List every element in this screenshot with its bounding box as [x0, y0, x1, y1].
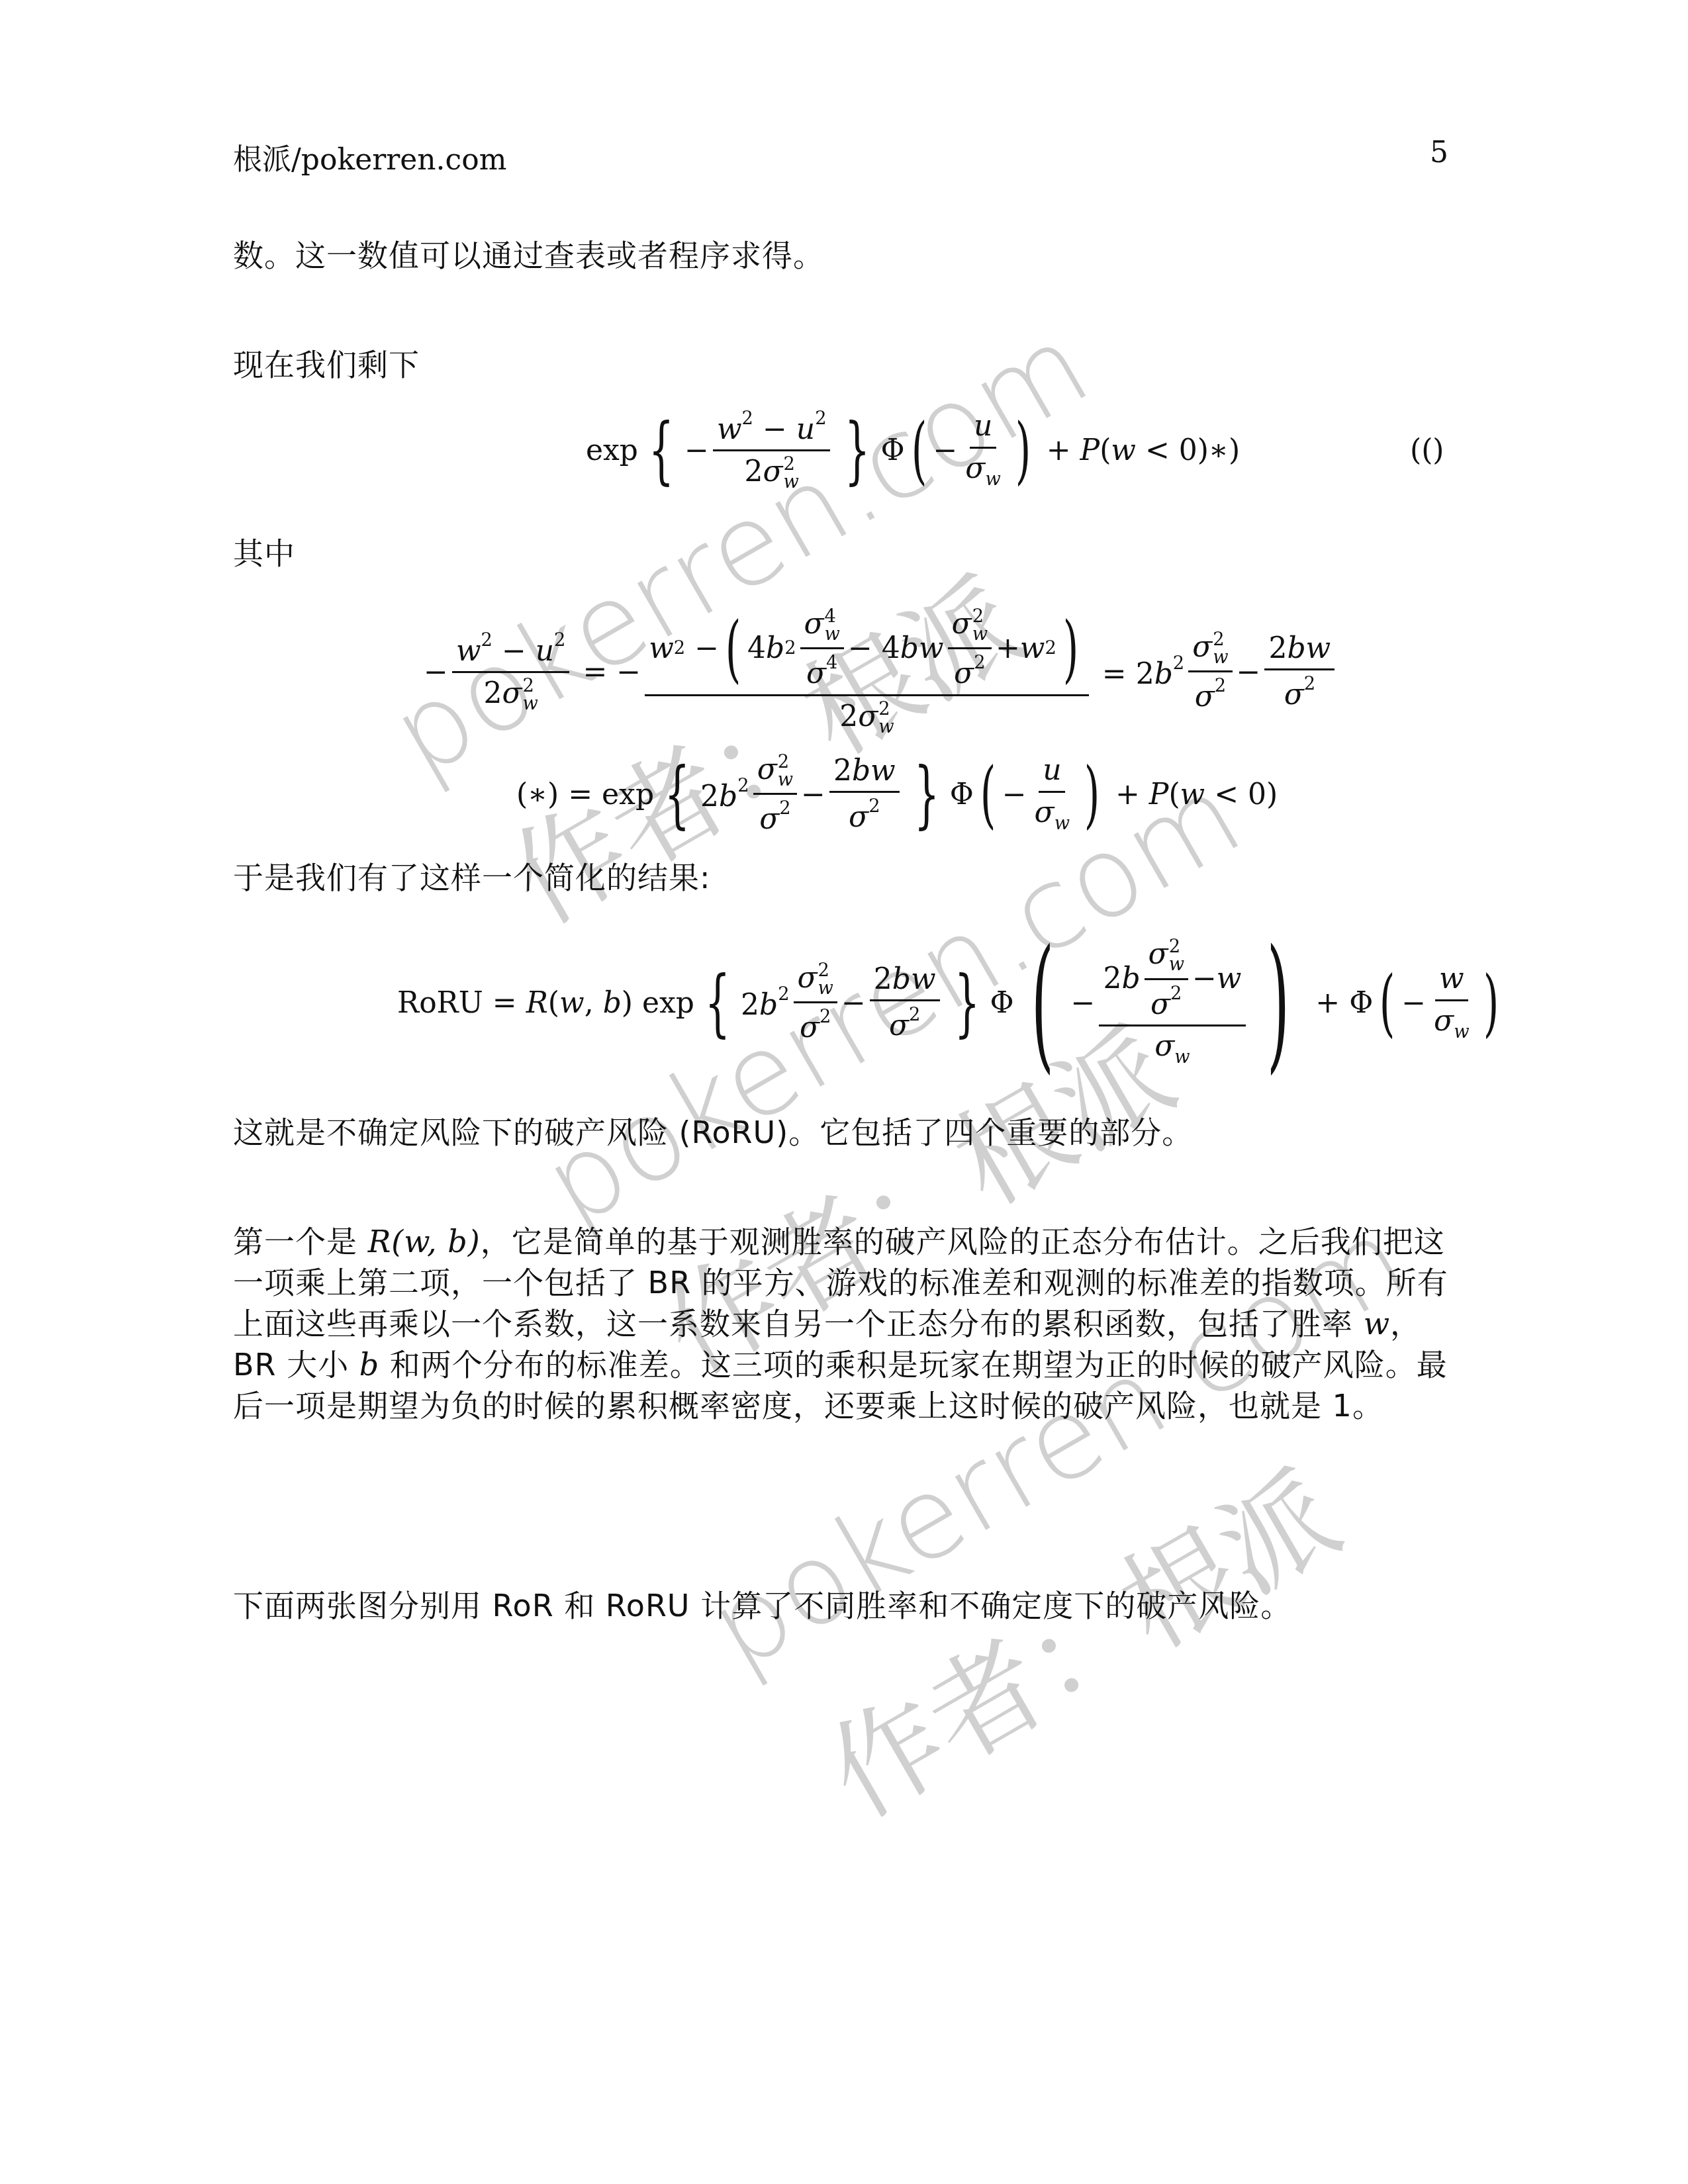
equation-1: exp { − w2 − u2 2σ2w } Φ ( − u σw ) + P(… — [586, 404, 1240, 496]
running-header-title: 根派/pokerren.com — [233, 136, 506, 178]
watermark-author: 作者：根派 — [794, 1426, 1363, 1848]
eq1-fraction: w2 − u2 2σ2w — [713, 409, 831, 492]
paragraph-5: 这就是不确定风险下的破产风险 (RoRU)。它包括了四个重要的部分。 — [233, 1112, 1193, 1153]
equation-2: − w2 − u2 2σ2w = − w2 − ( 4b2 σ4wσ4 − 4b… — [424, 596, 1338, 748]
eq1-exp: exp — [586, 433, 638, 467]
paragraph-7: 下面两张图分别用 RoR 和 RoRU 计算了不同胜率和不确定度下的破产风险。 — [233, 1585, 1291, 1626]
math-w: w — [1364, 1306, 1390, 1342]
watermark-3-author: 作者：根派 — [794, 1426, 1363, 1848]
equation-3: (∗) = exp { 2b2 σ2w σ2 − 2bw σ2 } Φ ( − … — [516, 748, 1278, 841]
equation-4-roru: RoRU = R(w, b) exp { 2b2 σ2w σ2 − 2bw σ2… — [397, 920, 1505, 1085]
paragraph-4: 于是我们有了这样一个简化的结果: — [233, 857, 711, 898]
page-number: 5 — [1430, 136, 1448, 169]
math-R-w-b: R(w, b) — [368, 1224, 481, 1259]
eq1-right-brace: } — [845, 414, 870, 486]
paragraph-6: 第一个是 R(w, b)，它是简单的基于观测胜率的破产风险的正态分布估计。之后我… — [233, 1221, 1455, 1426]
paragraph-1: 数。这一数值可以通过查表或者程序求得。 — [233, 235, 824, 276]
math-b: b — [359, 1347, 379, 1383]
eq1-left-brace: { — [649, 414, 675, 486]
paragraph-3: 其中 — [233, 533, 295, 574]
equation-1-number: (() — [1410, 433, 1444, 467]
paragraph-2: 现在我们剩下 — [233, 344, 420, 385]
